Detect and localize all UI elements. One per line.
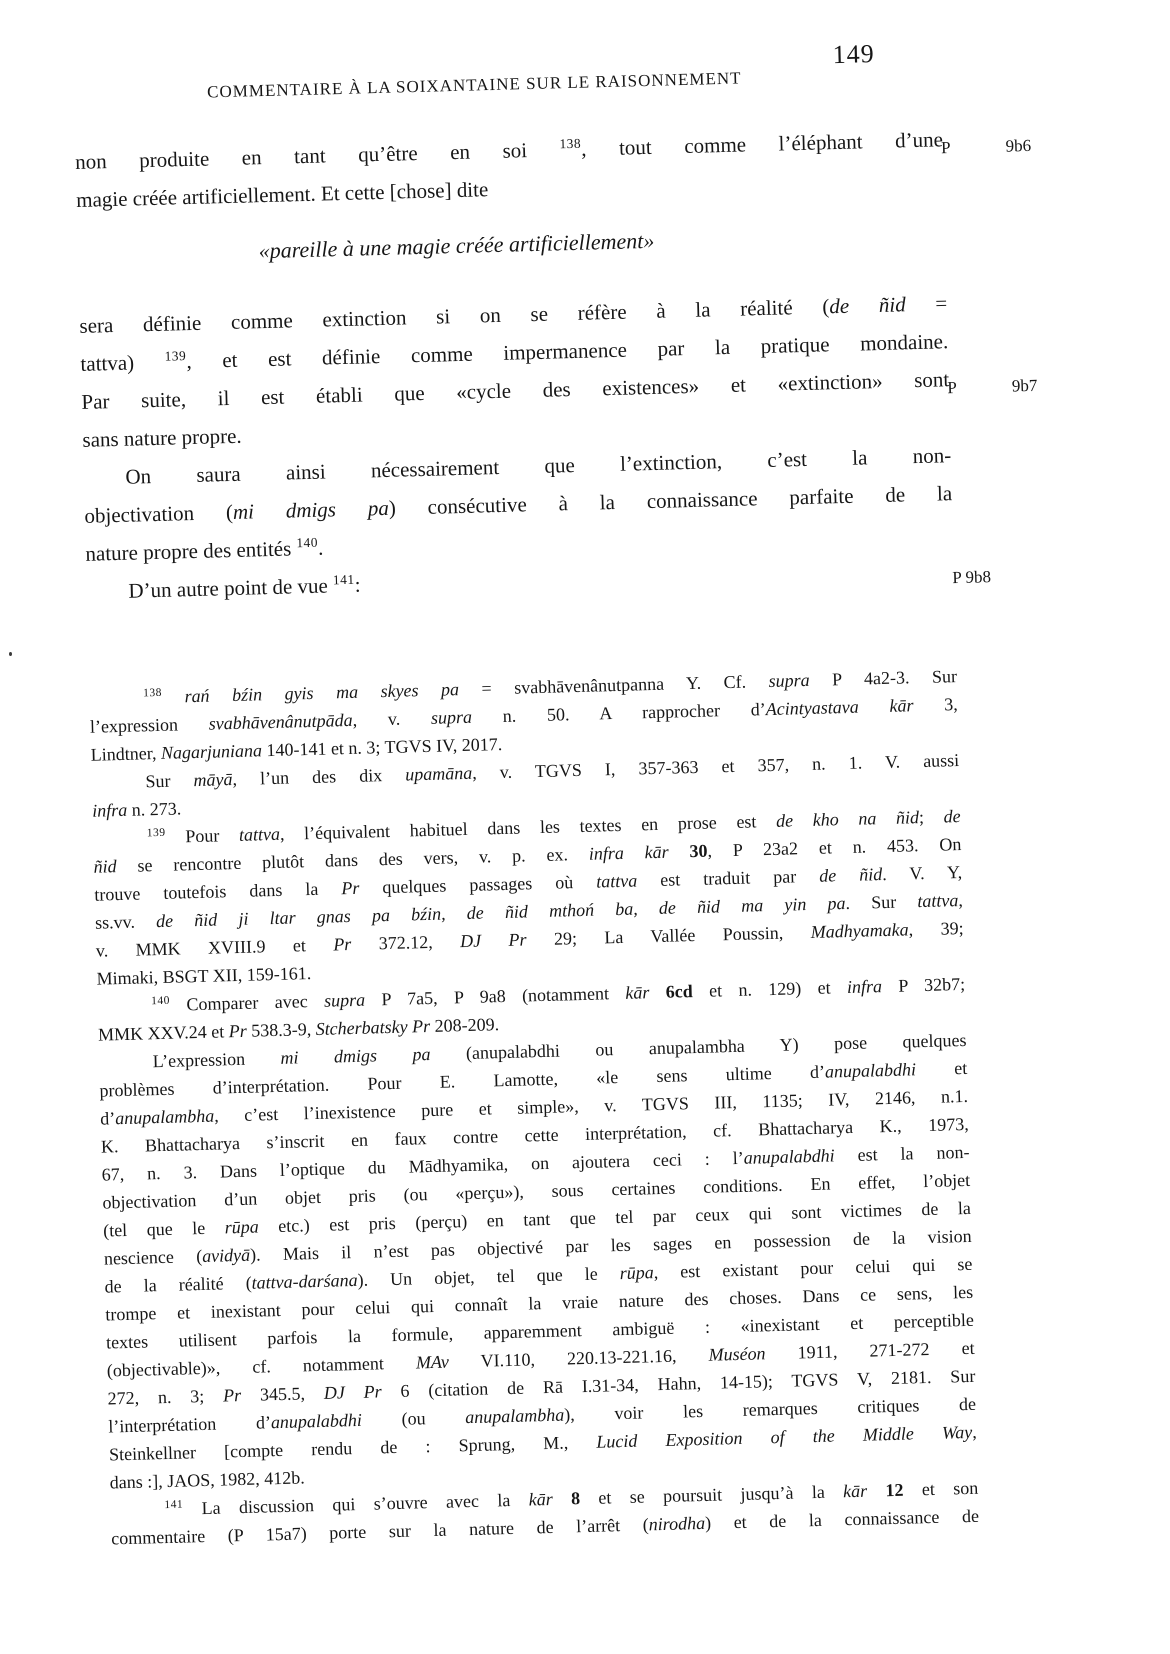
text-segment: supra [768, 670, 810, 691]
text-segment: ) et de la connaissance de [705, 1506, 979, 1533]
page-number: 149 [832, 39, 875, 70]
text-segment: et [916, 1058, 968, 1079]
text-segment: , 39; [908, 918, 963, 939]
text-segment: rań bźin gyis ma skyes pa [184, 679, 459, 706]
text-segment: Mimaki, BSGT XII, 159-161. [96, 963, 311, 989]
text-segment: , v. [352, 708, 431, 730]
text-segment: = svabhāvenânutpanna Y. Cf. [459, 671, 769, 699]
text-segment: quelques passages où [359, 872, 596, 898]
text-segment: tattva-darśana [251, 1270, 357, 1293]
text-segment: ; [919, 806, 944, 827]
margin-note: P 9b6 [941, 127, 1032, 167]
text-segment: L’expression [152, 1048, 280, 1071]
text-segment: objectivation ( [84, 500, 233, 528]
text-blocks: non produite en tant qu’être en soi 138,… [75, 120, 980, 1552]
text-segment: tattva [239, 824, 281, 845]
footnote-ref: 139 [147, 827, 166, 839]
text-segment: de ñid [829, 292, 906, 318]
margin-note: P 9b8 [952, 557, 1043, 597]
text-segment: 538.3-9, [246, 1019, 315, 1041]
text-segment: Pr [341, 878, 360, 898]
text-segment: 372.12, [351, 931, 460, 954]
text-segment: , P 23a2 et n. 453. On [707, 834, 961, 861]
text-segment: svabhāvenânutpāda [208, 710, 352, 734]
text-segment: ss.vv. [95, 911, 157, 933]
scan-speck-icon [9, 652, 12, 656]
text-segment: 208-209. [430, 1014, 499, 1036]
text-segment: (objectivable)», cf. notamment [107, 1352, 417, 1380]
text-segment [668, 841, 689, 862]
text-segment: anupalabdhi [825, 1059, 917, 1081]
text-segment: 6cd [665, 981, 693, 1002]
text-segment: ñid [93, 856, 117, 877]
text-segment: Pr [333, 934, 352, 954]
text-segment: kār [528, 1489, 553, 1510]
text-segment: Nagarjuniana [161, 740, 263, 763]
text-segment: tattva) [80, 350, 165, 376]
text-segment: trouve toutefois dans la [94, 878, 341, 904]
text-segment: 272, n. 3; [107, 1386, 223, 1409]
footnote-ref: 140 [296, 535, 318, 551]
text-segment: . V. Y, [882, 862, 962, 884]
text-segment: (tel que le [103, 1217, 225, 1240]
text-segment: et se poursuit jusqu’à la [580, 1481, 844, 1508]
text-segment: l’expression [90, 714, 209, 737]
text-segment: 3, [913, 694, 958, 715]
text-segment: , [972, 1422, 977, 1442]
text-segment: avidyā [202, 1245, 250, 1266]
text-segment: Madhyamaka [810, 919, 908, 942]
text-segment: , [958, 890, 963, 910]
text-segment: anupalambha [115, 1106, 214, 1129]
text-segment: kār [843, 1481, 868, 1502]
footnote-ref: 141 [333, 572, 355, 588]
footnote-ref: 138 [143, 687, 162, 699]
text-segment: et n. 129) et [692, 977, 847, 1001]
text-segment: supra [324, 990, 366, 1011]
text-segment: Pr [228, 1021, 247, 1041]
text-segment: sans nature propre. [82, 424, 242, 452]
text-segment: et son [903, 1478, 978, 1500]
text-segment: . Sur [845, 891, 917, 913]
text-segment: de kho na ñid [776, 807, 919, 831]
footnote-ref: 140 [151, 995, 170, 1007]
text-segment: D’un autre point de vue [128, 573, 333, 602]
footnote-ref: 139 [164, 348, 186, 364]
text-segment: ). Un objet, tel que le [357, 1263, 620, 1290]
text-segment: Pour [165, 825, 239, 847]
text-segment [867, 1480, 886, 1500]
text-segment: DJ Pr [324, 1381, 382, 1403]
paragraph-block: sera définie comme extinction si on se r… [79, 284, 951, 459]
text-segment: , est existant pour celui qui se [653, 1254, 972, 1282]
margin-note: P 9b7 [947, 367, 1038, 407]
text-segment: tattva [596, 870, 638, 891]
text-segment: 29; La Vallée Poussin, [526, 922, 811, 949]
text-segment: kār [625, 982, 650, 1003]
text-segment: Acintyastava kār [765, 695, 913, 719]
text-segment: l’interprétation d’ [108, 1412, 271, 1436]
text-segment: VI.110, 220.13-221.16, [449, 1345, 709, 1372]
text-segment: DJ Pr [460, 929, 527, 951]
text-segment: Lindtner, [90, 743, 161, 765]
text-segment: mi dmigs pa [233, 496, 389, 524]
text-line: «pareille à une magie créée artificielle… [77, 217, 836, 275]
text-segment: P 4a2-3. Sur [809, 666, 957, 690]
text-segment: infra [92, 800, 128, 821]
text-segment: non produite en tant qu’être en soi [75, 137, 560, 174]
text-segment: n. 50. A rapprocher d’ [472, 699, 766, 727]
text-segment: rūpa [619, 1262, 654, 1283]
text-segment: 345.5, [241, 1383, 324, 1405]
text-segment: magie créée artificiellement. Et cette [… [76, 177, 489, 212]
text-segment: «pareille à une magie créée artificielle… [258, 228, 654, 263]
text-segment: nirodha [648, 1513, 705, 1534]
text-segment: 12 [885, 1480, 904, 1500]
scanned-book-page: COMMENTAIRE À LA SOIXANTAINE SUR LE RAIS… [0, 0, 1170, 1654]
text-segment: d’ [100, 1108, 116, 1128]
text-segment: upamāna [405, 763, 473, 785]
text-segment: , tout comme l’éléphant d’une [581, 127, 943, 160]
text-segment: Pr [223, 1385, 242, 1405]
text-segment: Stcherbatsky Pr [315, 1016, 430, 1039]
text-segment: n. 273. [127, 798, 182, 819]
text-segment: . [318, 536, 324, 560]
text-segment: , l’un des dix [232, 765, 405, 790]
text-segment: P 32b7; [882, 974, 966, 996]
text-segment: māyā [193, 769, 233, 790]
text-segment: tattva [917, 890, 959, 911]
text-segment: Sur [145, 770, 194, 791]
text-segment: 1911, 271-272 et [765, 1338, 975, 1363]
quote-block: «pareille à une magie créée artificielle… [77, 214, 946, 275]
text-segment: est traduit par [637, 866, 819, 891]
text-segment [552, 1488, 571, 1508]
footnote-ref: 141 [164, 1499, 183, 1511]
text-segment [162, 686, 185, 707]
text-segment: Comparer avec [170, 991, 325, 1015]
text-segment: (ou [362, 1407, 466, 1430]
text-segment: de [943, 806, 961, 826]
text-segment: anupalabdhi [743, 1145, 835, 1167]
text-segment [649, 982, 666, 1002]
text-segment: anupalambha [465, 1405, 564, 1428]
text-segment: P 7a5, P 9a8 (notamment [365, 983, 626, 1010]
footnotes-section: 138 rań bźin gyis ma skyes pa = svabhāve… [89, 662, 979, 1552]
text-segment: supra [431, 707, 473, 728]
footnote-ref: 138 [559, 136, 581, 152]
text-segment: v. MMK XVIII.9 et [96, 934, 334, 960]
text-segment: nature propre des entités [85, 536, 297, 566]
text-segment: de ñid [819, 864, 883, 886]
text-segment: rūpa [224, 1217, 259, 1238]
text-segment: de la réalité ( [104, 1273, 252, 1297]
text-segment: Muséon [708, 1343, 766, 1364]
running-title: COMMENTAIRE À LA SOIXANTAINE SUR LE RAIS… [73, 65, 875, 106]
text-segment: : [354, 573, 360, 597]
text-segment: MAv [416, 1352, 450, 1373]
text-segment: dans :], JAOS, 1982, 412b. [110, 1467, 305, 1492]
text-segment: anupalabdhi [271, 1410, 363, 1432]
text-segment: 30 [689, 841, 708, 861]
text-segment: mi dmigs pa [280, 1044, 430, 1068]
text-segment: MMK XXV.24 et [98, 1021, 229, 1044]
paragraph-block: On saura ainsi nécessairement que l’exti… [83, 436, 954, 573]
text-segment: infra kār [589, 842, 669, 864]
text-segment: infra [847, 976, 883, 997]
text-segment: est la non- [834, 1142, 969, 1166]
text-segment: nescience ( [104, 1246, 203, 1269]
text-segment: 140-141 et n. 3; TGVS IV, 2017. [262, 734, 503, 760]
page-content: COMMENTAIRE À LA SOIXANTAINE SUR LE RAIS… [72, 17, 979, 1552]
text-segment: = [905, 291, 947, 316]
